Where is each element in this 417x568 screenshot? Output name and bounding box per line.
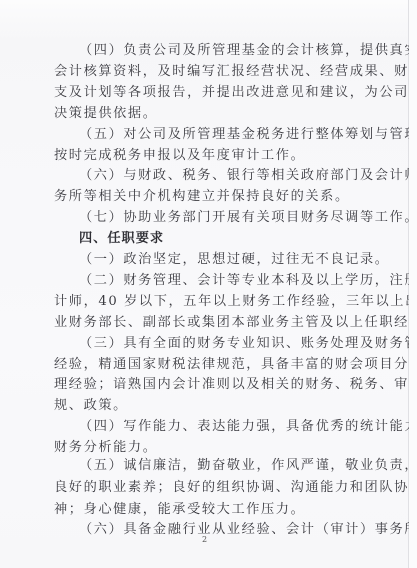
paragraph-line: （五）对公司及所管理基金税务进行整体筹划与管理， bbox=[79, 124, 350, 146]
paragraph-line: 按时完成税务申报以及年度审计工作。 bbox=[54, 145, 350, 167]
paragraph-line: （五）诚信廉洁，勤奋敬业，作风严谨，敬业负责，有 bbox=[79, 455, 350, 477]
paragraph-line: （一）政治坚定，思想过硬，过往无不良记录。 bbox=[79, 249, 350, 271]
paragraph-line: 理经验；谙熟国内会计准则以及相关的财务、税务、审计法 bbox=[54, 374, 350, 396]
paragraph-line: （六）与财政、税务、银行等相关政府部门及会计师事 bbox=[79, 165, 350, 187]
paragraph-line: 经验，精通国家财税法律规范，具备丰富的财会项目分析处 bbox=[54, 354, 350, 376]
paragraph-line: 计师，40 岁以下，五年以上财务工作经验，三年以上出资企 bbox=[54, 291, 350, 313]
paragraph-line: 神；身心健康，能承受较大工作压力。 bbox=[54, 499, 350, 521]
paragraph-line: （二）财务管理、会计等专业本科及以上学历，注册会 bbox=[79, 270, 350, 292]
document-page: （四）负责公司及所管理基金的会计核算，提供真实的 会计核算资料，及时编写汇报经营… bbox=[0, 0, 409, 568]
paragraph-line: 决策提供依据。 bbox=[54, 103, 350, 125]
paragraph-line: （七）协助业务部门开展有关项目财务尽调等工作。 bbox=[79, 207, 350, 229]
paragraph-line: （三）具有全面的财务专业知识、账务处理及财务管理 bbox=[79, 333, 350, 355]
paragraph-line: 支及计划等各项报告，并提出改进意见和建议，为公司经营 bbox=[54, 82, 350, 104]
section-heading: 四、任职要求 bbox=[79, 228, 350, 250]
page-edge bbox=[409, 0, 417, 568]
paragraph-line: 规、政策。 bbox=[54, 395, 350, 417]
paragraph-line: 业财务部长、副部长或集团本部业务主管及以上任职经历。 bbox=[54, 312, 350, 334]
paragraph-line: 会计核算资料，及时编写汇报经营状况、经营成果、财务收 bbox=[54, 61, 350, 83]
paragraph-line: 务所等相关中介机构建立并保持良好的关系。 bbox=[54, 186, 350, 208]
paragraph-line: （六）具备金融行业从业经验、会计（审计）事务所从 bbox=[79, 519, 350, 541]
paragraph-line: （四）负责公司及所管理基金的会计核算，提供真实的 bbox=[79, 40, 350, 62]
page-top-margin bbox=[0, 0, 408, 40]
paragraph-line: 良好的职业素养；良好的组织协调、沟通能力和团队协作精 bbox=[54, 477, 350, 499]
paragraph-line: （四）写作能力、表达能力强，具备优秀的统计能力和 bbox=[79, 416, 350, 438]
